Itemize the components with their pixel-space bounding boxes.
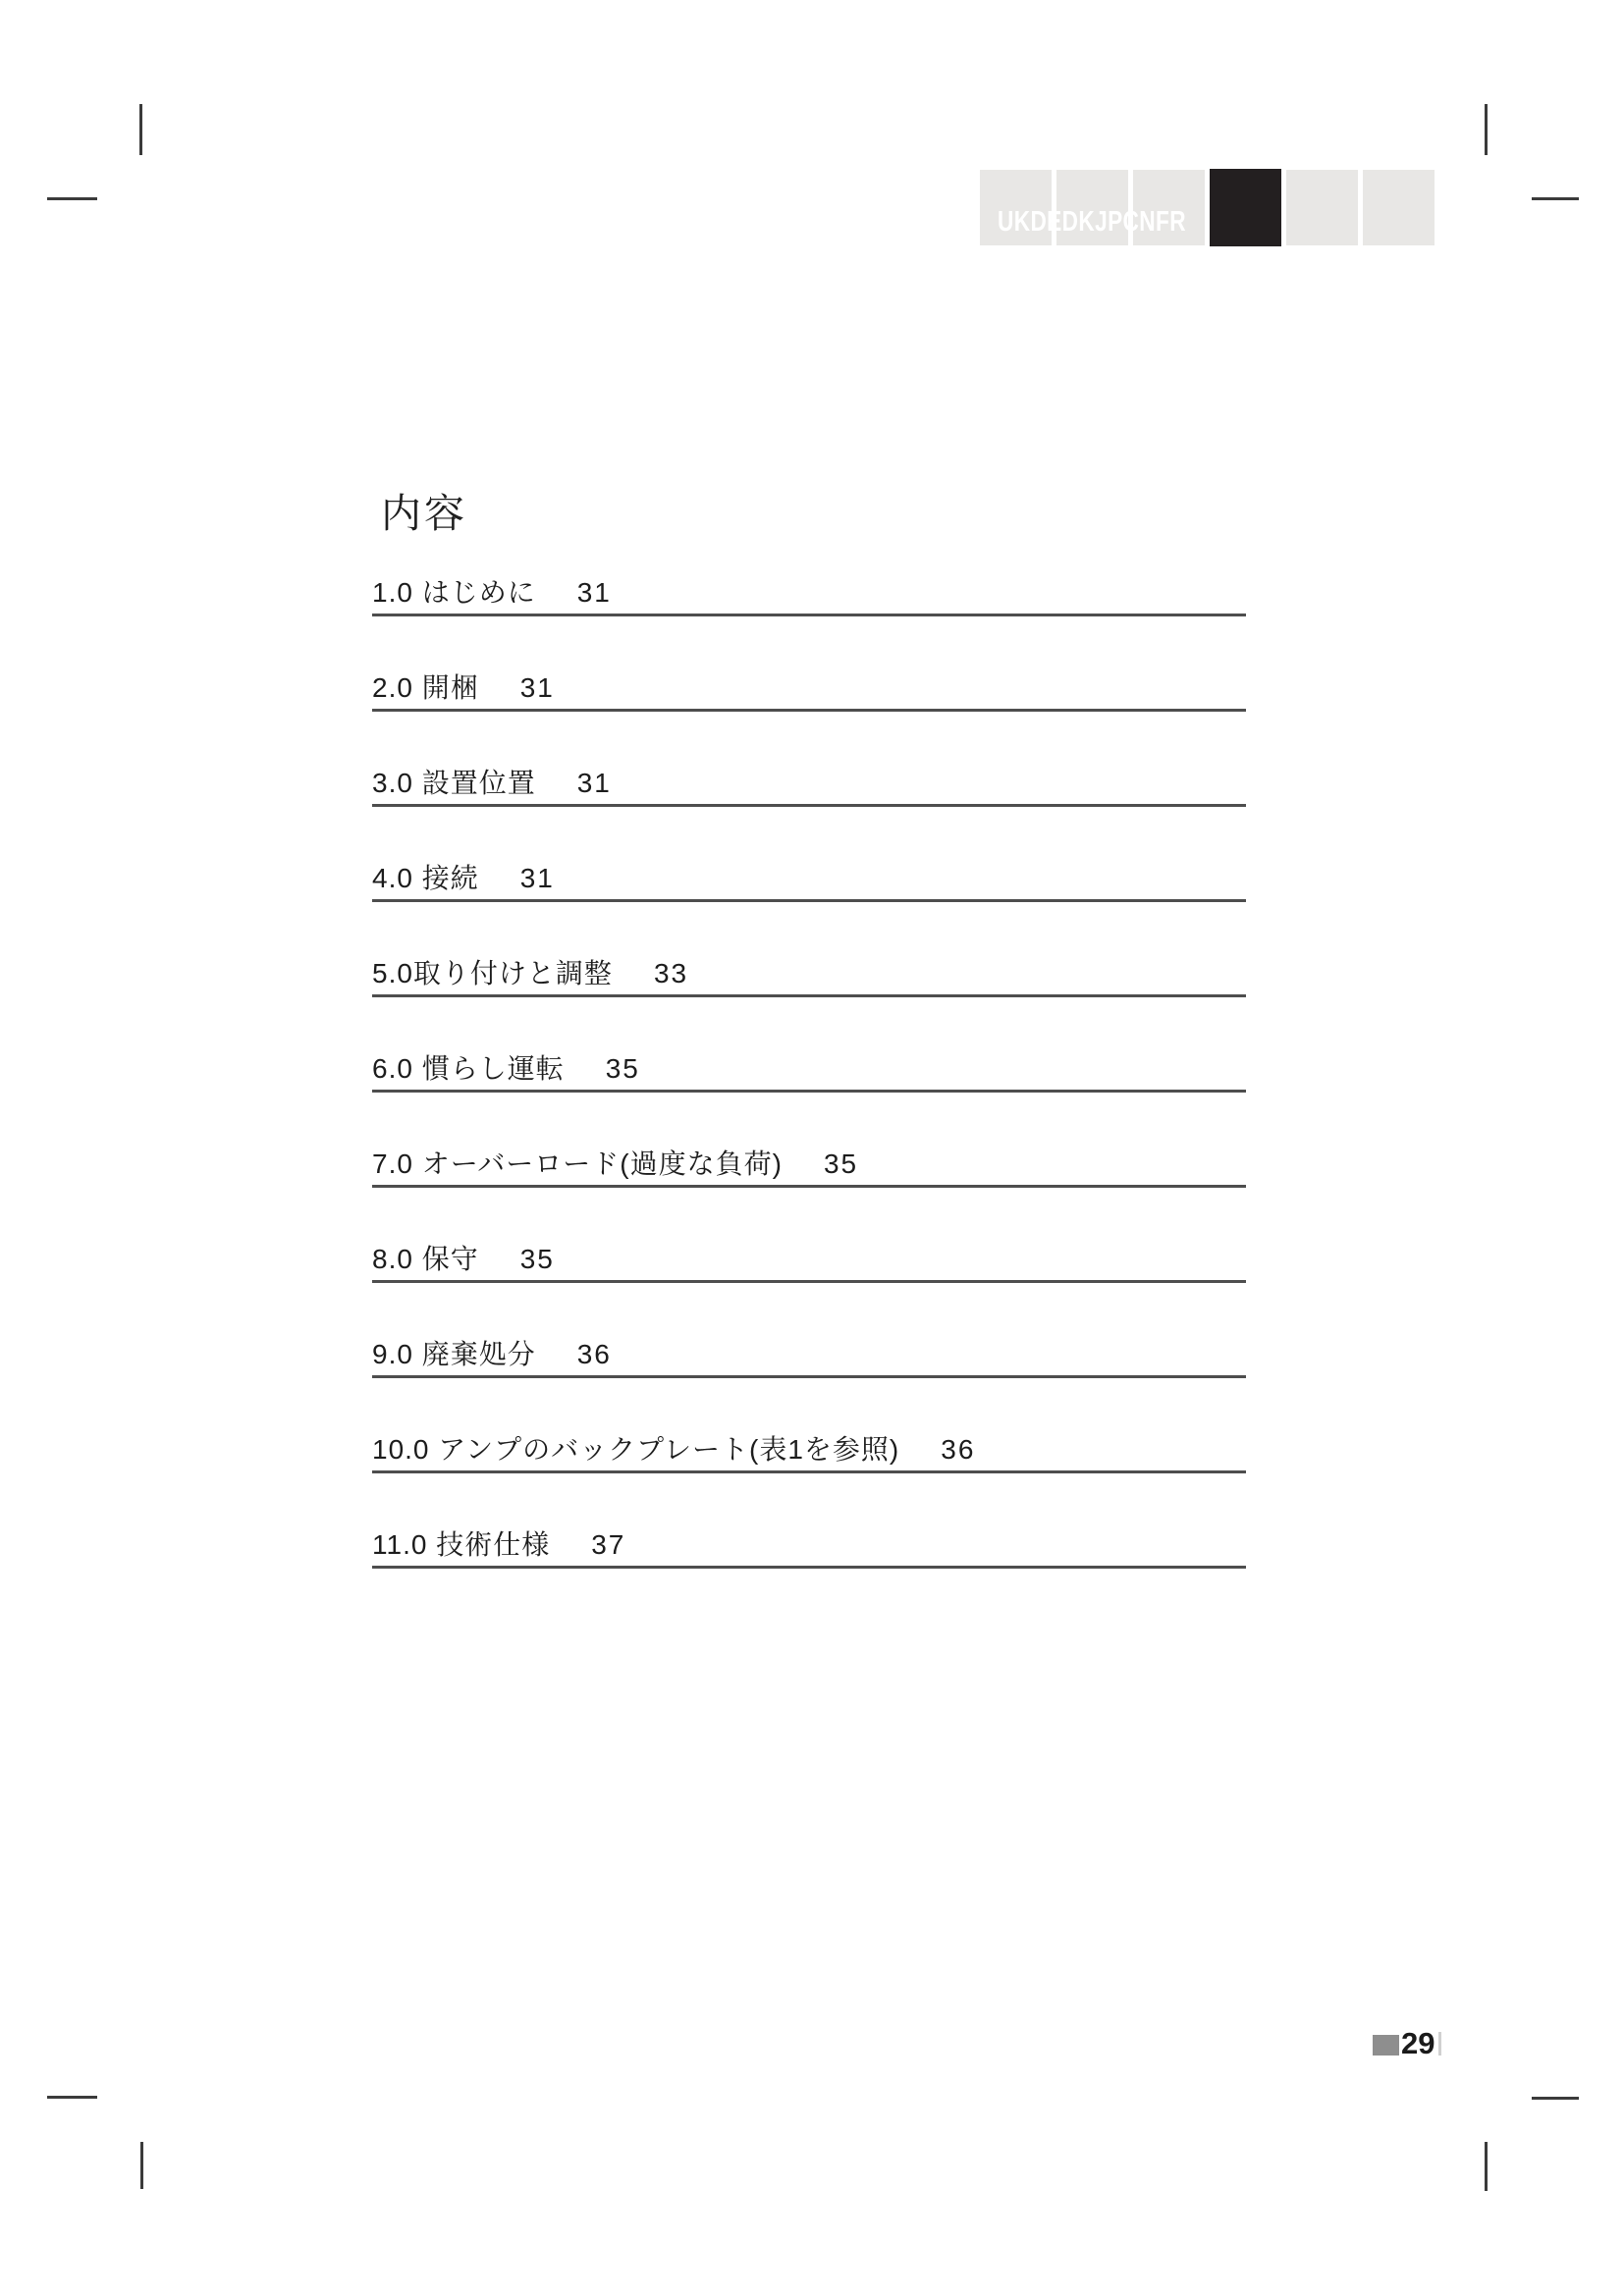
toc-item-label: 2.0 開梱 [372, 672, 479, 703]
toc-item-page-number: 35 [520, 1244, 555, 1274]
table-of-contents: 1.0 はじめに312.0 開梱313.0 設置位置314.0 接続315.0取… [372, 578, 1246, 1626]
page-title: 内容 [381, 492, 467, 536]
toc-row: 8.0 保守35 [372, 1245, 1246, 1283]
language-tab-active[interactable] [1210, 169, 1281, 246]
page-number-marker-icon [1373, 2035, 1399, 2056]
crop-mark-top-right-horizontal [1532, 197, 1579, 200]
toc-item-label: 3.0 設置位置 [372, 768, 536, 798]
toc-item-page-number: 36 [941, 1434, 975, 1465]
toc-item-label: 9.0 廃棄処分 [372, 1339, 536, 1369]
toc-row-rule [372, 1090, 1246, 1093]
toc-item-page-number: 31 [577, 768, 612, 798]
toc-row: 3.0 設置位置31 [372, 769, 1246, 807]
toc-item-page-number: 33 [654, 958, 688, 988]
crop-mark-bottom-right-horizontal [1532, 2097, 1579, 2100]
language-tab[interactable] [1363, 170, 1435, 245]
page-number-badge: 29 [1373, 2028, 1441, 2058]
toc-row: 4.0 接続31 [372, 864, 1246, 902]
toc-row: 7.0 オーバーロード(過度な負荷)35 [372, 1149, 1246, 1188]
toc-row: 6.0 慣らし運転35 [372, 1054, 1246, 1093]
toc-row: 2.0 開梱31 [372, 673, 1246, 712]
toc-row-rule [372, 614, 1246, 616]
page-number: 29 [1401, 2028, 1435, 2058]
toc-item-page-number: 35 [606, 1053, 640, 1084]
toc-item-page-number: 37 [591, 1529, 625, 1560]
toc-item-label: 11.0 技術仕様 [372, 1529, 550, 1560]
language-tab-bar: UKDEDKJPCNFR [980, 170, 1435, 245]
page-number-edge-bar [1438, 2032, 1441, 2056]
toc-row: 1.0 はじめに31 [372, 578, 1246, 616]
toc-row-rule [372, 1470, 1246, 1473]
language-bar-label: UKDEDKJPCNFR [998, 208, 1186, 237]
manual-contents-page: UKDEDKJPCNFR 内容 1.0 はじめに312.0 開梱313.0 設置… [0, 0, 1624, 2296]
toc-item-label: 6.0 慣らし運転 [372, 1053, 565, 1084]
toc-row-rule [372, 709, 1246, 712]
crop-mark-bottom-left-vertical [140, 2142, 143, 2189]
toc-item-label: 7.0 オーバーロード(過度な負荷) [372, 1148, 783, 1179]
toc-row-rule [372, 899, 1246, 902]
toc-row: 5.0取り付けと調整33 [372, 959, 1246, 997]
crop-mark-top-right-vertical [1485, 104, 1488, 155]
toc-item-page-number: 31 [577, 577, 612, 608]
crop-mark-top-left-horizontal [47, 197, 97, 200]
toc-item-label: 4.0 接続 [372, 863, 479, 893]
toc-item-page-number: 36 [577, 1339, 612, 1369]
toc-row-rule [372, 1185, 1246, 1188]
toc-row-rule [372, 1280, 1246, 1283]
toc-item-label: 10.0 アンプのバックプレート(表1を参照) [372, 1434, 899, 1465]
toc-row-rule [372, 804, 1246, 807]
crop-mark-bottom-left-horizontal [47, 2096, 97, 2099]
toc-row-rule [372, 1375, 1246, 1378]
toc-item-page-number: 31 [520, 672, 555, 703]
toc-row: 9.0 廃棄処分36 [372, 1340, 1246, 1378]
toc-item-label: 5.0取り付けと調整 [372, 958, 613, 988]
toc-item-page-number: 31 [520, 863, 555, 893]
toc-item-page-number: 35 [824, 1148, 858, 1179]
toc-row-rule [372, 994, 1246, 997]
crop-mark-top-left-vertical [139, 104, 142, 155]
toc-item-label: 8.0 保守 [372, 1244, 479, 1274]
toc-item-label: 1.0 はじめに [372, 577, 536, 608]
toc-row-rule [372, 1566, 1246, 1569]
toc-row: 10.0 アンプのバックプレート(表1を参照)36 [372, 1435, 1246, 1473]
toc-row: 11.0 技術仕様37 [372, 1530, 1246, 1569]
language-tab[interactable] [1286, 170, 1358, 245]
crop-mark-bottom-right-vertical [1485, 2142, 1488, 2191]
